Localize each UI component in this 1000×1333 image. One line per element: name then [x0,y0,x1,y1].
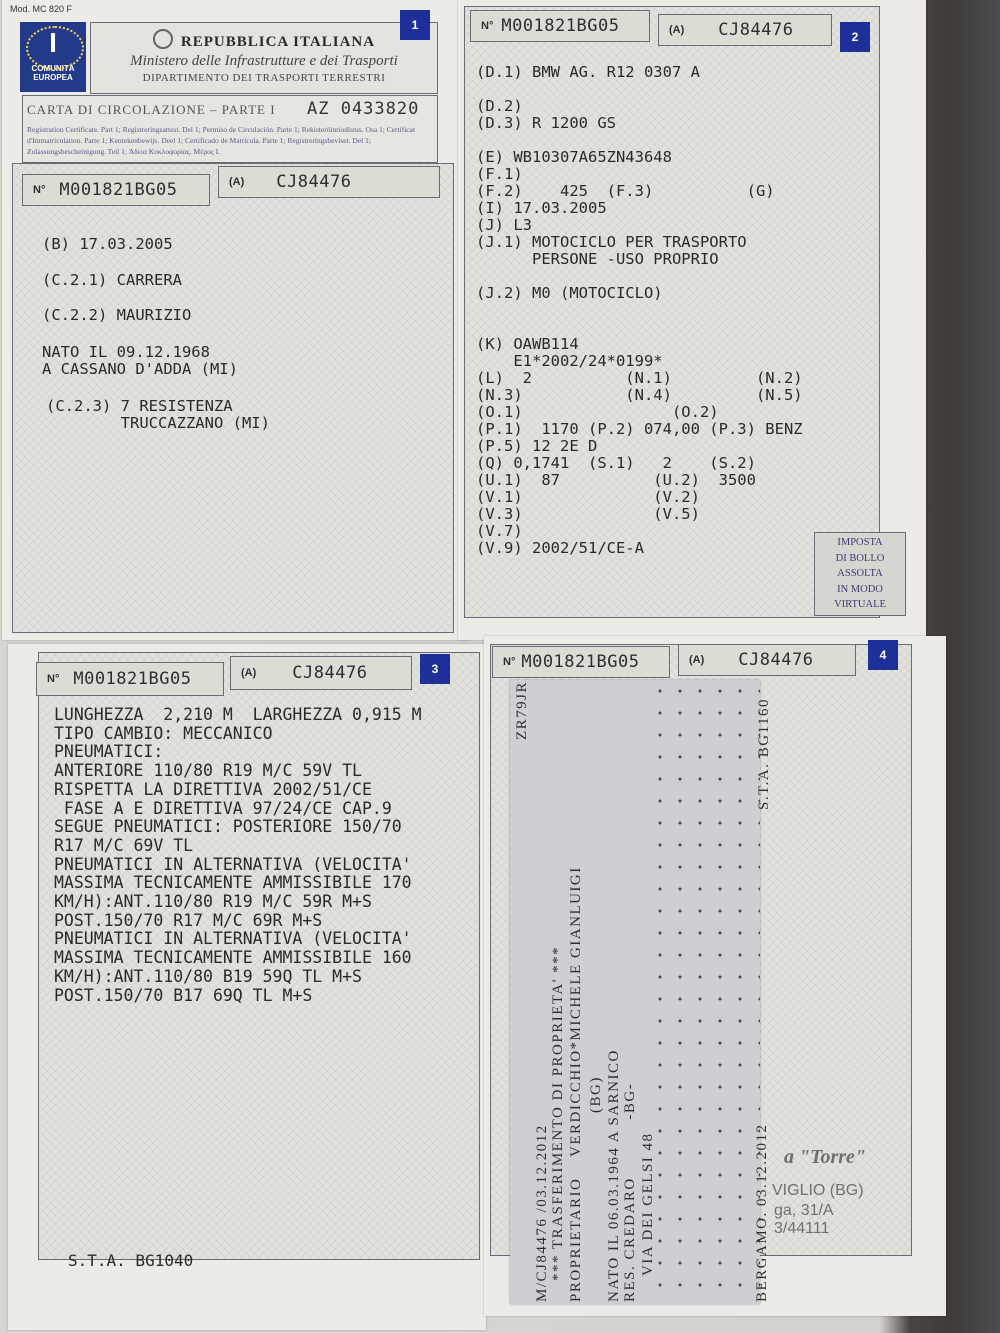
registration-no-box: N° M001821BG05 [492,646,670,678]
card-title: CARTA DI CIRCOLAZIONE – PARTE I [27,102,276,118]
birth-date-line: (B) 17.03.2005 [42,236,173,253]
agency-stamp-city: VIGLIO (BG) [772,1182,864,1200]
eu-stars-icon [26,26,84,70]
plate-number: CJ84476 [292,663,367,683]
a-label: (A) [241,667,256,679]
eu-badge: I COMUNITÀ EUROPEA [20,22,86,92]
tax-stamp-line: ASSOLTA [815,566,905,582]
plate-box: (A) CJ84476 [678,644,856,676]
no-label: N° [481,20,493,32]
sticker-birth: NATO IL 06.03.1964 A SARNICO [606,1049,623,1302]
a-label: (A) [689,654,704,666]
plate-box: (A) CJ84476 [230,656,412,690]
registration-no: M001821BG05 [521,652,639,672]
model-label: Mod. MC 820 F [10,4,72,14]
sticker-owner: PROPRIETARIO VERDICCHIO*MICHELE GIANLUIG… [568,866,585,1302]
vehicle-data-block: (D.1) BMW AG. R12 0307 A (D.2) (D.3) R 1… [476,64,803,557]
no-label: N° [503,656,515,668]
registration-no-box: N° M001821BG05 [22,174,210,206]
republic-title: REPUBBLICA ITALIANA [181,34,375,50]
firstname-line: (C.2.2) MAURIZIO [42,307,191,324]
ministry-name: Ministero delle Infrastrutture e dei Tra… [91,53,437,70]
page-3: N° M001821BG05 (A) CJ84476 3 LUNGHEZZA 2… [8,644,486,1330]
a-label: (A) [669,24,684,36]
tax-stamp-line: VIRTUALE [815,597,905,613]
department-name: DIPARTIMENTO DEI TRASPORTI TERRESTRI [91,72,437,84]
sticker-code: ZR79JR [514,681,531,740]
page-number-badge: 3 [420,654,450,684]
sticker-office: S.T.A. BG1160 [756,698,773,810]
page-number-badge: 4 [868,640,898,670]
registration-no: M001821BG05 [59,180,177,200]
agency-stamp-phone: 3/44111 [774,1220,829,1238]
tax-stamp-line: IMPOSTA [815,535,905,551]
registration-no-box: N° M001821BG05 [470,10,650,42]
plate-number: CJ84476 [738,650,813,670]
plate-number: CJ84476 [718,20,793,40]
tax-stamp-box: IMPOSTA DI BOLLO ASSOLTA IN MODO VIRTUAL… [814,532,906,616]
tax-stamp-line: DI BOLLO [815,551,905,567]
registration-no: M001821BG05 [501,16,619,36]
sticker-owner-province: (BG) [588,1076,605,1302]
agency-stamp-address: ga, 31/A [774,1202,834,1220]
eu-line2: EUROPEA [20,73,86,82]
ownership-transfer-sticker: ZR79JR S.T.A. BG1160 M/CJ84476 /03.12.20… [510,680,760,1304]
plate-number: CJ84476 [276,172,351,192]
tax-stamp-line: IN MODO [815,582,905,598]
sticker-street: VIA DEI GELSI 48 [640,1132,657,1302]
security-asterisk-pattern-icon [650,680,760,1304]
address-line: (C.2.3) 7 RESISTENZA TRUCCAZZANO (MI) [46,398,270,432]
sta-office-code: S.T.A. BG1040 [68,1252,193,1269]
surname-line: (C.2.1) CARRERA [42,272,182,289]
sticker-transfer-title: *** TRASFERIMENTO DI PROPRIETA' *** [550,946,567,1302]
sticker-transfer-ref: M/CJ84476 /03.12.2012 [534,1124,551,1302]
card-number: AZ 0433820 [307,99,419,119]
sticker-issue-date: BERGAMO. 03.12.2012 [754,1123,771,1302]
registration-no: M001821BG05 [73,669,191,689]
card-title-box: CARTA DI CIRCOLAZIONE – PARTE I AZ 04338… [22,95,438,163]
emblem-icon [153,29,173,49]
page-1: Mod. MC 820 F I COMUNITÀ EUROPEA REPUBBL… [2,0,470,640]
ministry-header: REPUBBLICA ITALIANA Ministero delle Infr… [90,22,438,94]
technical-notes-block: LUNGHEZZA 2,210 M LARGHEZZA 0,915 M TIPO… [54,706,422,1005]
card-subtitle: Registration Certificate. Part 1; Regist… [27,124,435,157]
no-label: N° [47,673,59,685]
agency-stamp-name: a "Torre" [784,1146,866,1169]
registration-no-box: N° M001821BG05 [36,662,224,696]
a-label: (A) [229,176,244,188]
page-number-badge: 1 [400,10,430,40]
plate-box: (A) CJ84476 [658,14,832,46]
plate-box: (A) CJ84476 [218,166,440,198]
sticker-residence: RES. CREDARO -BG- [622,1083,639,1302]
no-label: N° [33,184,45,196]
page-number-badge: 2 [840,22,870,52]
birthplace-line: NATO IL 09.12.1968 A CASSANO D'ADDA (MI) [42,344,238,378]
